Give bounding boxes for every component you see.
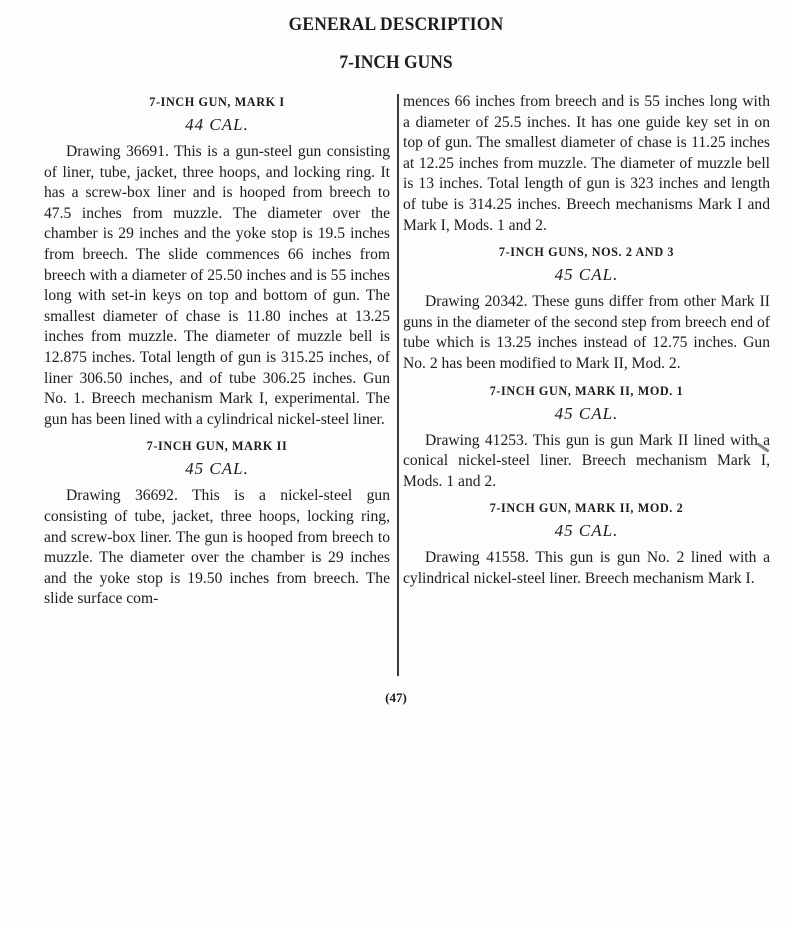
caliber-label: 44 CAL.	[44, 114, 390, 136]
section-heading: 7-INCH GUNS, NOS. 2 AND 3	[403, 244, 770, 260]
section-heading: 7-INCH GUN, MARK II, MOD. 2	[403, 500, 770, 516]
caliber-label: 45 CAL.	[403, 403, 770, 425]
section-body: Drawing 20342. These guns differ from ot…	[403, 292, 770, 374]
section-body-continued: mences 66 inches from breech and is 55 i…	[403, 92, 770, 236]
caliber-label: 45 CAL.	[403, 264, 770, 286]
page-number: (47)	[0, 690, 792, 706]
caliber-label: 45 CAL.	[403, 520, 770, 542]
page-title: GENERAL DESCRIPTION	[32, 14, 761, 36]
section-body: Drawing 41558. This gun is gun No. 2 lin…	[403, 548, 770, 589]
column-divider	[397, 94, 399, 676]
caliber-label: 45 CAL.	[44, 458, 390, 480]
section-body: Drawing 36691. This is a gun-steel gun c…	[44, 142, 390, 430]
section-body: Drawing 36692. This is a nickel-steel gu…	[44, 486, 390, 610]
right-column: mences 66 inches from breech and is 55 i…	[403, 92, 770, 598]
section-heading: 7-INCH GUN, MARK II	[44, 438, 390, 454]
page-subtitle: 7-INCH GUNS	[32, 52, 761, 74]
section-heading: 7-INCH GUN, MARK I	[44, 94, 390, 110]
left-column: 7-INCH GUN, MARK I 44 CAL. Drawing 36691…	[44, 88, 390, 618]
section-heading: 7-INCH GUN, MARK II, MOD. 1	[403, 383, 770, 399]
section-body: Drawing 41253. This gun is gun Mark II l…	[403, 431, 770, 493]
